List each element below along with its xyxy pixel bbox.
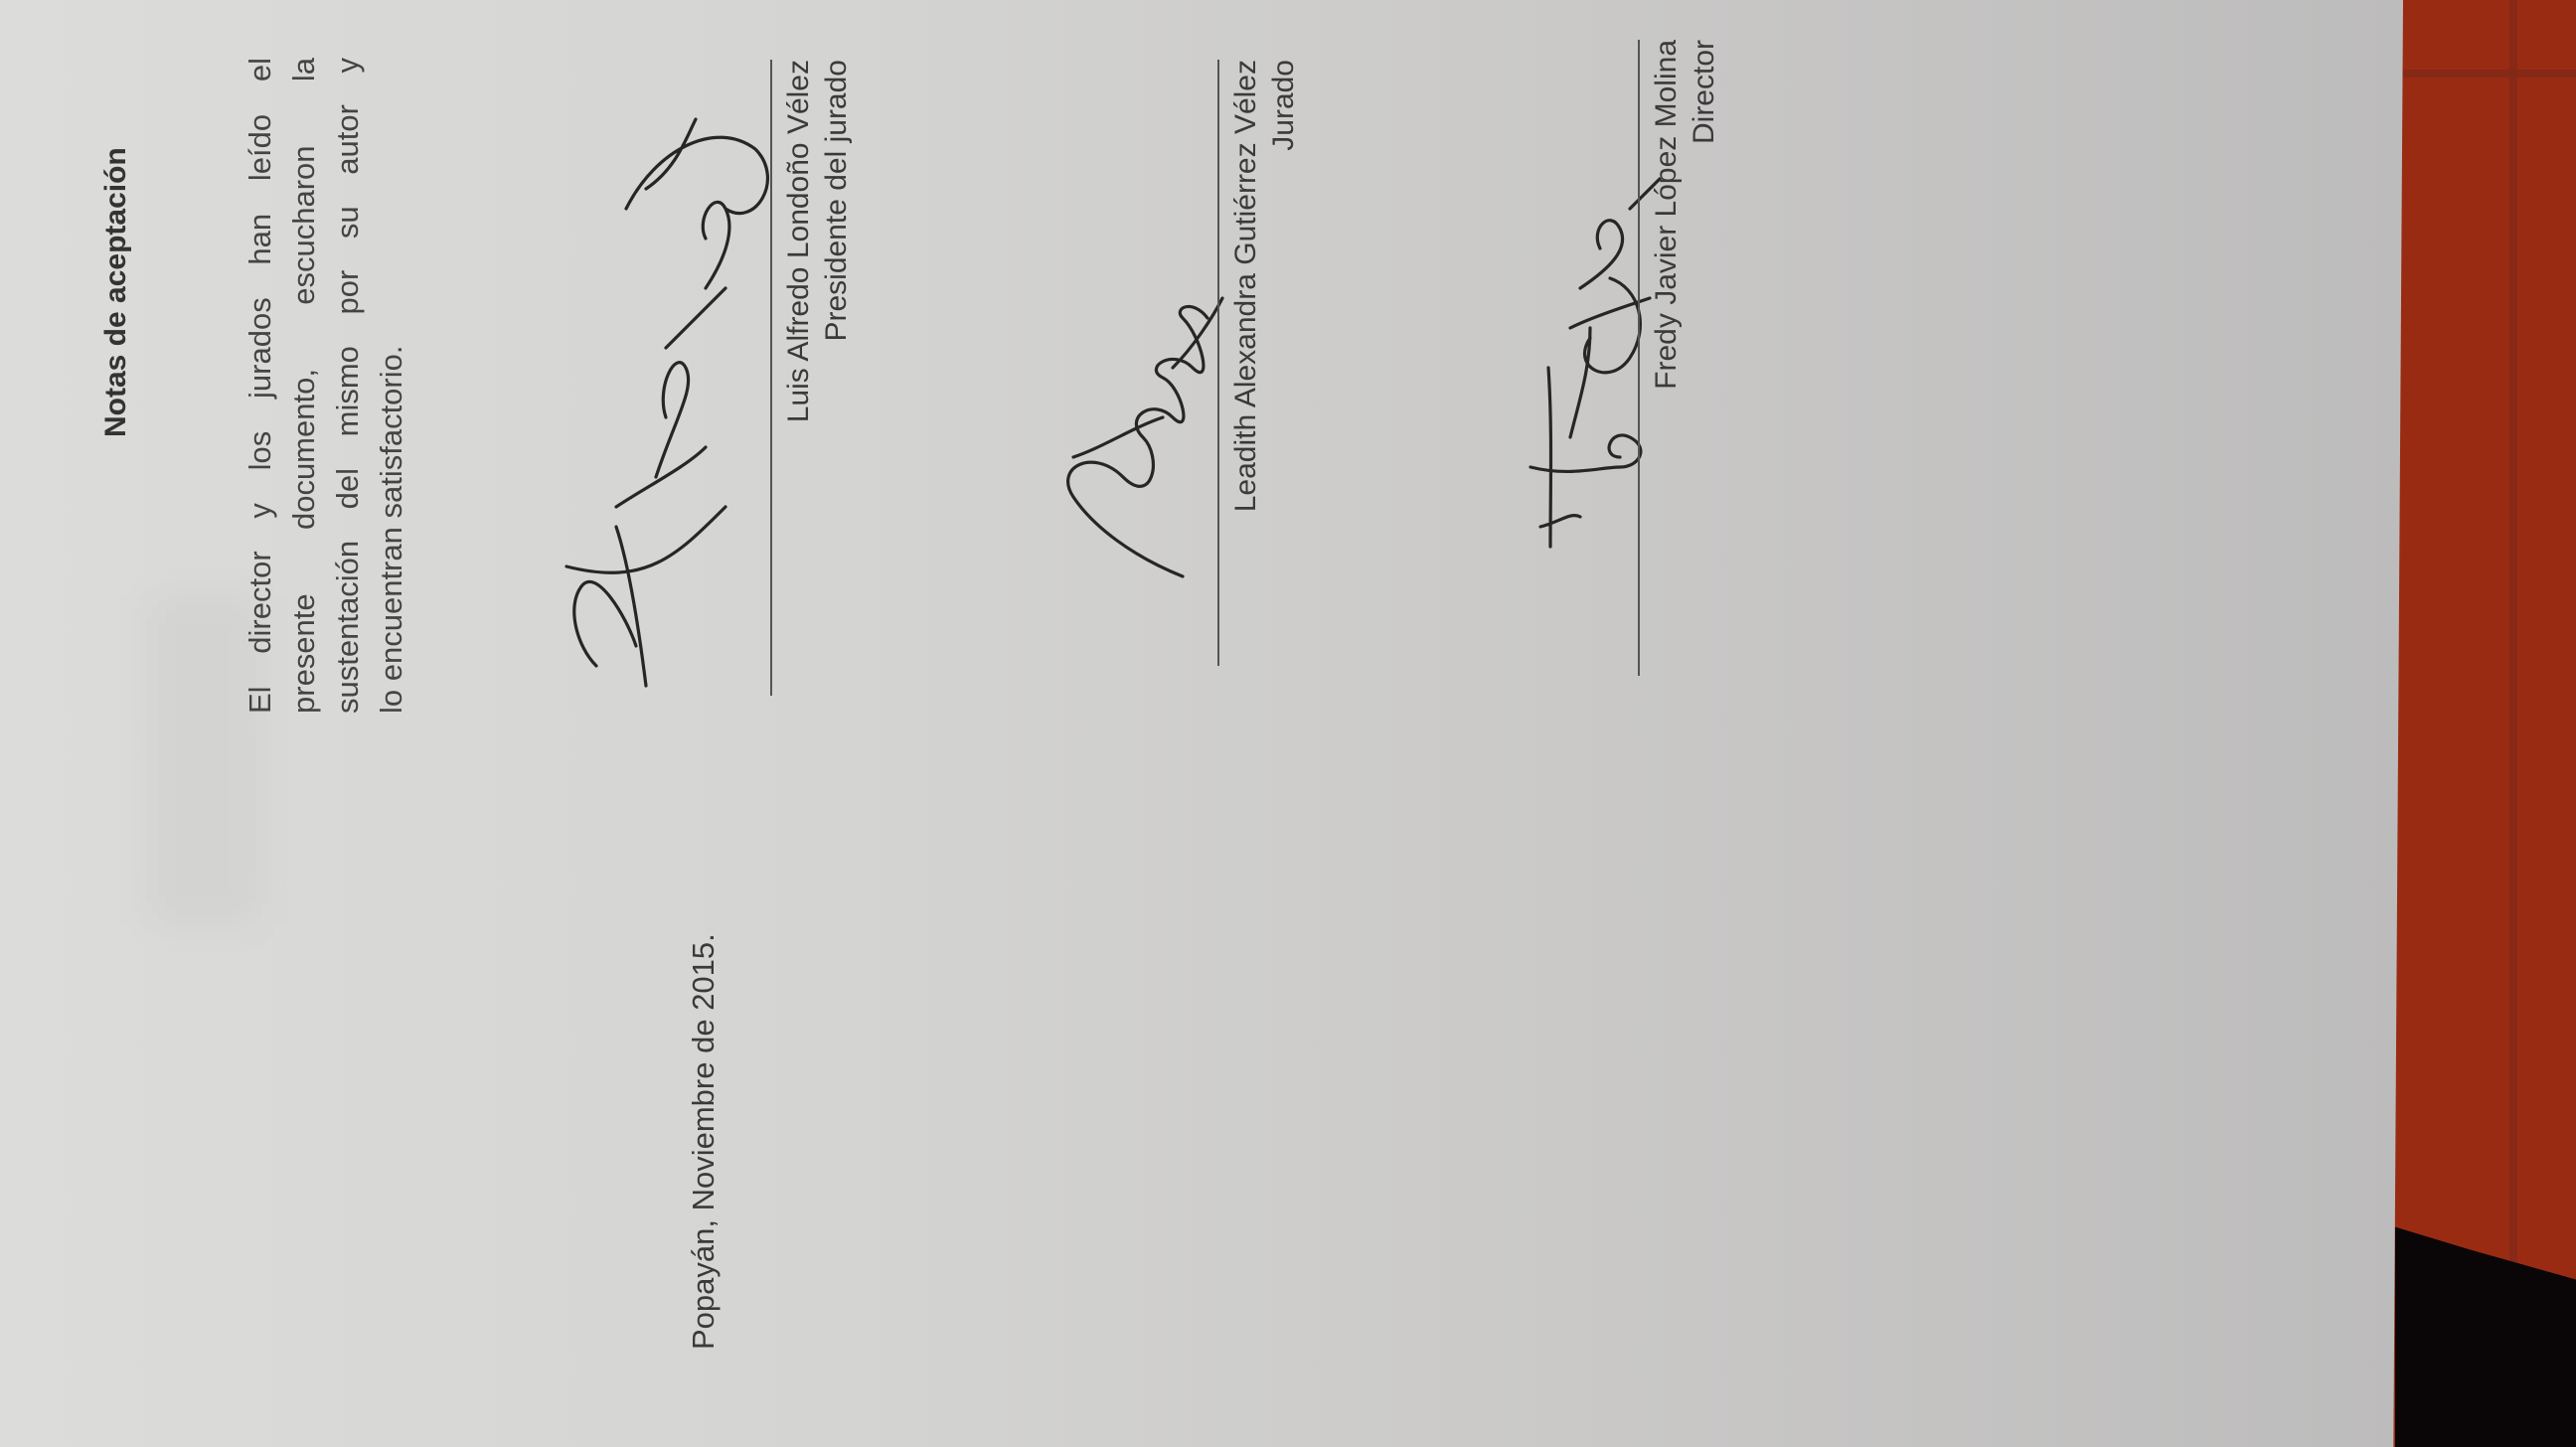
signatory-block: Fredy Javier López Molina Director	[1648, 40, 1723, 477]
signatory-block: Leadith Alexandra Gutiérrez Vélez Jurado	[1227, 60, 1303, 641]
signatory-name: Leadith Alexandra Gutiérrez Vélez	[1229, 60, 1262, 512]
signature-fredy	[1511, 169, 1670, 566]
tile-grout-line	[2400, 70, 2576, 78]
signatory-name: Luis Alfredo Londoño Vélez	[782, 60, 815, 422]
signatory-role: Presidente del jurado	[818, 60, 856, 517]
signatory-role: Director	[1686, 40, 1723, 477]
signature-leadith	[1034, 278, 1232, 596]
page-title: Notas de aceptación	[99, 147, 133, 437]
signatory-role: Jurado	[1265, 60, 1303, 641]
document-page: Notas de aceptación El director y los ju…	[0, 0, 2403, 1447]
tile-grout-line	[2509, 0, 2517, 1447]
acceptance-paragraph: El director y los jurados han leído el p…	[239, 58, 413, 714]
signatory-block: Luis Alfredo Londoño Vélez Presidente de…	[780, 60, 856, 517]
signature-line	[1638, 40, 1640, 676]
signature-luis	[537, 89, 775, 706]
paragraph-line: presente documento, escucharon la	[282, 58, 326, 714]
date-line: Popayán, Noviembre de 2015.	[686, 933, 722, 1350]
paragraph-line: sustentación del mismo por su autor y	[326, 58, 370, 714]
signature-line	[1217, 60, 1219, 666]
signature-line	[770, 60, 772, 696]
signatory-name: Fredy Javier López Molina	[1650, 40, 1683, 390]
paragraph-line: lo encuentran satisfactorio.	[370, 58, 413, 714]
paragraph-line: El director y los jurados han leído el	[239, 58, 282, 714]
